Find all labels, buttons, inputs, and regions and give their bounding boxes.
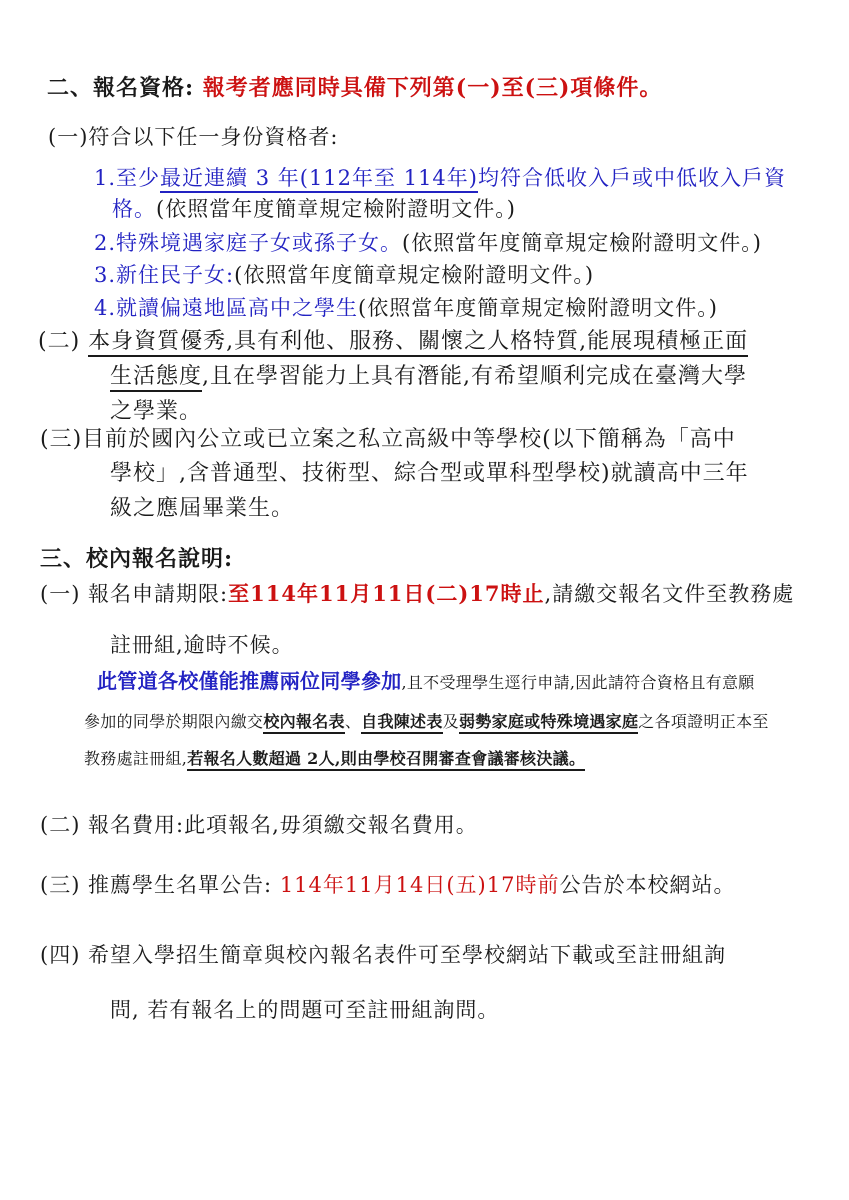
text-run: (四) 希望入學招生簡章與校內報名表件可至學校網站下載或至註冊組詢 bbox=[40, 943, 726, 967]
document-page: 二、報名資格: 報考者應同時具備下列第(一)至(三)項條件。(一)符合以下任一身… bbox=[0, 0, 849, 1200]
sec3-item1-line-2: 註冊組,逾時不候。 bbox=[110, 632, 294, 659]
text-run: 之各項證明正本至 bbox=[638, 712, 768, 731]
sec3-note-line-1: 此管道各校僅能推薦兩位同學參加,且不受理學生逕行申請,因此請符合資格且有意願 bbox=[97, 668, 755, 694]
text-run: 問, 若有報名上的問題可至註冊組詢問。 bbox=[110, 998, 499, 1022]
sec2-item1-head: (一)符合以下任一身份資格者: bbox=[48, 124, 338, 151]
text-run: (三) 推薦學生名單公告: bbox=[40, 873, 280, 897]
text-run: 均符合低收入戶或中低收入戶資 bbox=[478, 166, 786, 190]
text-run: 114年11月14日(五)17時前 bbox=[280, 873, 560, 897]
text-run: 至114年11月11日(二)17時止 bbox=[228, 581, 544, 606]
text-run: 格。 bbox=[112, 197, 156, 221]
text-run: 本身資質優秀,具有利他、服務、關懷之人格特質,能展現積極正面 bbox=[88, 329, 748, 357]
sec2-heading: 二、報名資格: 報考者應同時具備下列第(一)至(三)項條件。 bbox=[47, 74, 662, 104]
text-run: (依照當年度簡章規定檢附證明文件。) bbox=[234, 263, 594, 287]
text-run: 級之應屆畢業生。 bbox=[110, 496, 294, 521]
qualification-3: 3.新住民子女:(依照當年度簡章規定檢附證明文件。) bbox=[94, 262, 594, 289]
text-run: (二) 報名費用:此項報名,毋須繳交報名費用。 bbox=[40, 813, 478, 837]
text-run: 弱勢家庭或特殊境遇家庭 bbox=[459, 712, 638, 734]
sec3-item2: (二) 報名費用:此項報名,毋須繳交報名費用。 bbox=[40, 812, 478, 839]
qualification-1-line-2: 格。(依照當年度簡章規定檢附證明文件。) bbox=[112, 196, 516, 223]
text-run: 之學業。 bbox=[110, 399, 202, 424]
sec3-item1-line-1: (一) 報名申請期限:至114年11月11日(二)17時止,請繳交報名文件至教務… bbox=[40, 580, 794, 608]
text-run: 自我陳述表 bbox=[361, 712, 443, 734]
sec3-item4-line-1: (四) 希望入學招生簡章與校內報名表件可至學校網站下載或至註冊組詢 bbox=[40, 942, 726, 969]
text-run: 註冊組,逾時不候。 bbox=[110, 633, 294, 657]
sec3-note-line-2: 參加的同學於期限內繳交校內報名表、自我陳述表及弱勢家庭或特殊境遇家庭之各項證明正… bbox=[84, 712, 769, 733]
text-run: (一)符合以下任一身份資格者: bbox=[48, 125, 338, 149]
text-run: ,且不受理學生逕行申請,因此請符合資格且有意願 bbox=[402, 673, 755, 692]
text-run: 教務處註冊組, bbox=[84, 749, 187, 768]
sec3-item3: (三) 推薦學生名單公告: 114年11月14日(五)17時前公告於本校網站。 bbox=[40, 872, 735, 899]
text-run: (二) bbox=[38, 329, 88, 354]
sec3-item4-line-2: 問, 若有報名上的問題可至註冊組詢問。 bbox=[110, 997, 499, 1024]
text-run: 公告於本校網站。 bbox=[559, 873, 735, 897]
text-run: 、 bbox=[345, 712, 361, 731]
sec2-item3-line-1: (三)目前於國內公立或已立案之私立高級中等學校(以下簡稱為「高中 bbox=[40, 426, 736, 455]
qualification-1-line-1: 1.至少最近連續 3 年(112年至 114年)均符合低收入戶或中低收入戶資 bbox=[94, 165, 786, 192]
text-run: 報考者應同時具備下列第(一)至(三)項條件。 bbox=[203, 75, 663, 101]
sec3-note-line-3: 教務處註冊組,若報名人數超過 2人,則由學校召開審查會議審核決議。 bbox=[84, 749, 585, 770]
text-run: 此管道各校僅能推薦兩位同學參加 bbox=[97, 669, 402, 693]
sec2-item2-line-1: (二) 本身資質優秀,具有利他、服務、關懷之人格特質,能展現積極正面 bbox=[38, 328, 748, 357]
text-run: 三、校內報名說明: bbox=[40, 546, 233, 572]
text-run: (依照當年度簡章規定檢附證明文件。) bbox=[156, 197, 516, 221]
text-run: 最近連續 3 年(112年至 114年) bbox=[160, 166, 478, 193]
sec2-item2-line-2: 生活態度,且在學習能力上具有潛能,有希望順利完成在臺灣大學 bbox=[110, 363, 747, 392]
text-run: 4.就讀偏遠地區高中之學生 bbox=[94, 296, 358, 320]
text-run: 學校」,含普通型、技術型、綜合型或單科型學校)就讀高中三年 bbox=[110, 461, 749, 486]
text-run: 二、報名資格: bbox=[47, 75, 203, 101]
text-run: ,且在學習能力上具有潛能,有希望順利完成在臺灣大學 bbox=[202, 364, 747, 389]
text-run: ,請繳交報名文件至教務處 bbox=[545, 582, 795, 606]
sec3-heading: 三、校內報名說明: bbox=[40, 545, 233, 575]
text-run: 及 bbox=[443, 712, 459, 731]
text-run: 1.至少 bbox=[94, 166, 160, 190]
text-run: 若報名人數超過 2人,則由學校召開審查會議審核決議。 bbox=[187, 749, 585, 771]
sec2-item2-line-3: 之學業。 bbox=[110, 398, 202, 427]
text-run: 參加的同學於期限內繳交 bbox=[84, 712, 263, 731]
sec2-item3-line-2: 學校」,含普通型、技術型、綜合型或單科型學校)就讀高中三年 bbox=[110, 460, 749, 489]
text-run: (依照當年度簡章規定檢附證明文件。) bbox=[358, 296, 718, 320]
qualification-2: 2.特殊境遇家庭子女或孫子女。(依照當年度簡章規定檢附證明文件。) bbox=[94, 230, 762, 257]
text-run: (一) 報名申請期限: bbox=[40, 582, 228, 606]
text-run: 校內報名表 bbox=[263, 712, 345, 734]
text-run: 3.新住民子女: bbox=[94, 263, 234, 287]
text-run: (三)目前於國內公立或已立案之私立高級中等學校(以下簡稱為「高中 bbox=[40, 427, 736, 452]
text-run: 2.特殊境遇家庭子女或孫子女。 bbox=[94, 231, 402, 255]
qualification-4: 4.就讀偏遠地區高中之學生(依照當年度簡章規定檢附證明文件。) bbox=[94, 295, 718, 322]
sec2-item3-line-3: 級之應屆畢業生。 bbox=[110, 495, 294, 524]
text-run: (依照當年度簡章規定檢附證明文件。) bbox=[402, 231, 762, 255]
text-run: 生活態度 bbox=[110, 364, 202, 392]
